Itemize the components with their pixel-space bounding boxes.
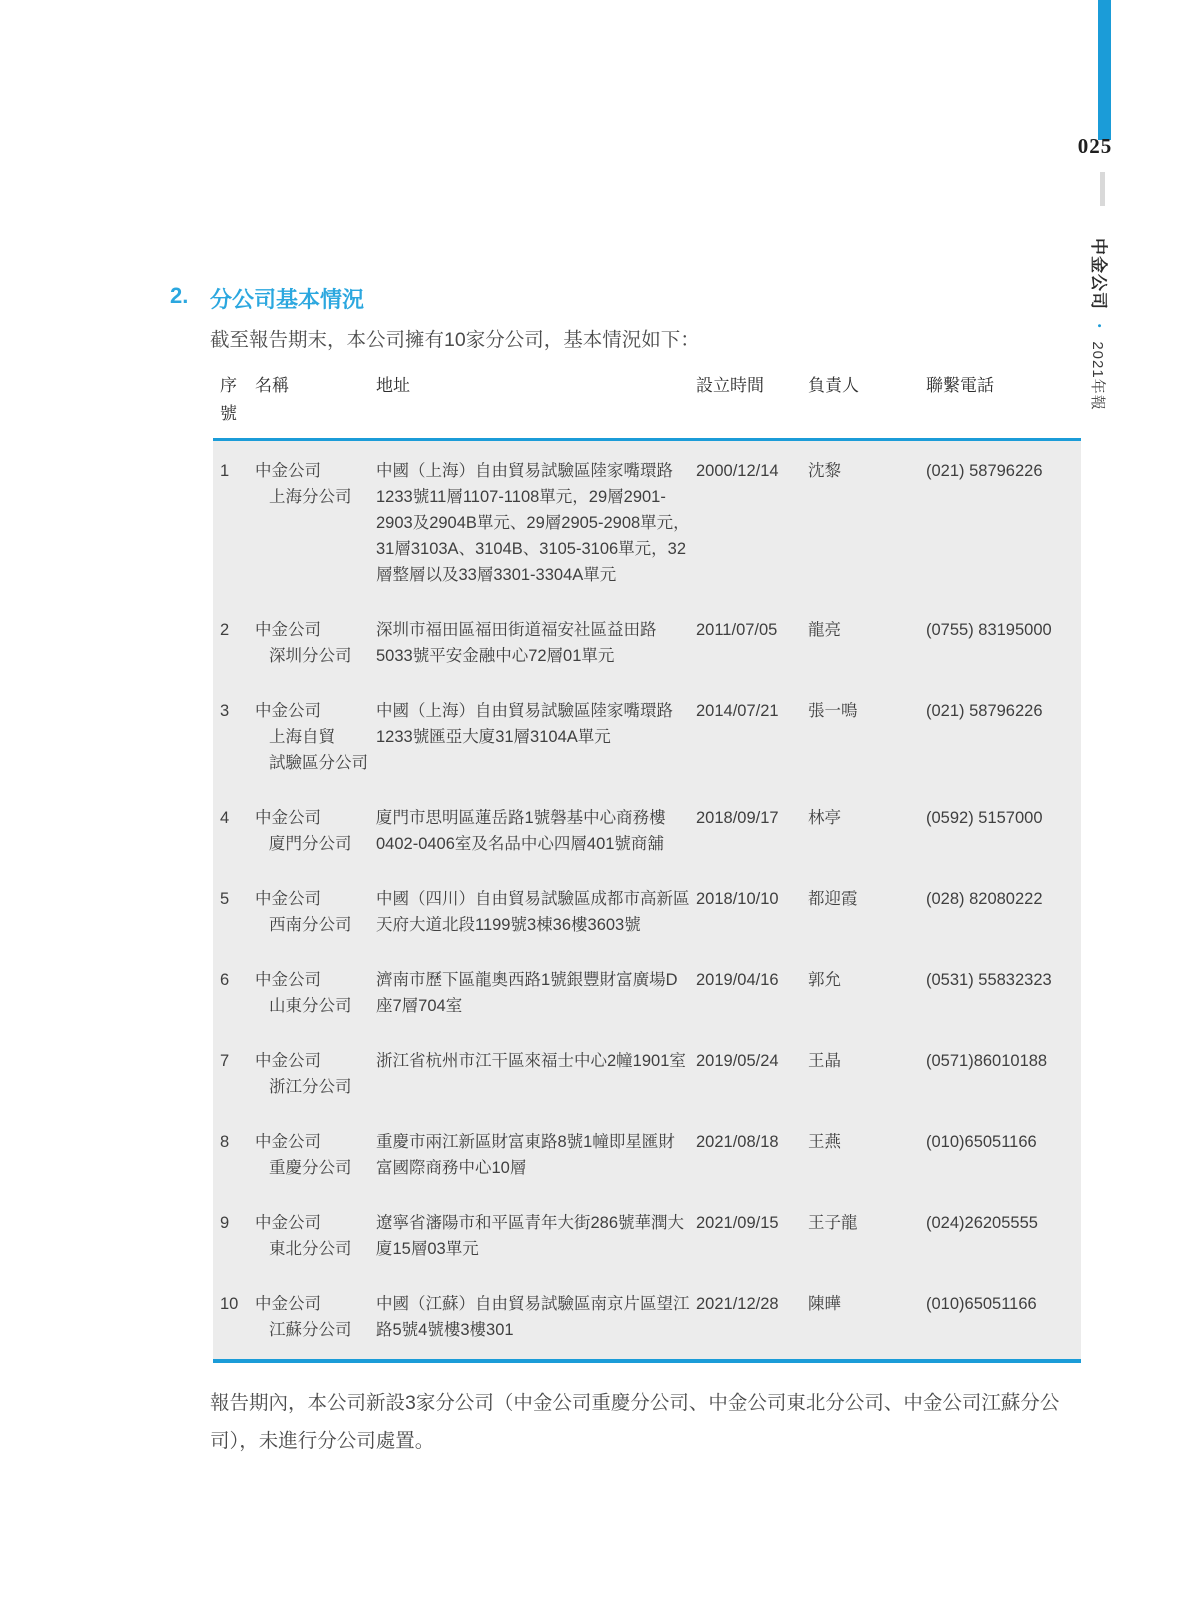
cell-contact-phone: (021) 58796226 bbox=[926, 458, 1081, 588]
cell-person-in-charge: 王子龍 bbox=[808, 1210, 926, 1262]
table-row: 9中金公司東北分公司遼寧省瀋陽市和平區青年大街286號華潤大廈15層03單元20… bbox=[213, 1210, 1081, 1262]
cell-person-in-charge: 郭允 bbox=[808, 967, 926, 1019]
cell-person-in-charge: 陳曄 bbox=[808, 1291, 926, 1343]
cell-branch-name: 中金公司西南分公司 bbox=[255, 886, 376, 938]
branch-name-line: 江蘇分公司 bbox=[255, 1317, 370, 1343]
table-row: 8中金公司重慶分公司重慶市兩江新區財富東路8號1幢即星匯財富國際商務中心10層2… bbox=[213, 1129, 1081, 1181]
cell-branch-name: 中金公司深圳分公司 bbox=[255, 617, 376, 669]
branch-name-line: 中金公司 bbox=[255, 967, 370, 993]
cell-row-number: 1 bbox=[213, 458, 255, 588]
cell-contact-phone: (010)65051166 bbox=[926, 1129, 1081, 1181]
cell-established-date: 2018/10/10 bbox=[696, 886, 808, 938]
table-row: 7中金公司浙江分公司浙江省杭州市江干區來福士中心2幢1901室2019/05/2… bbox=[213, 1048, 1081, 1100]
brand-bullet-icon: • bbox=[1093, 324, 1105, 328]
cell-person-in-charge: 龍亮 bbox=[808, 617, 926, 669]
cell-contact-phone: (0755) 83195000 bbox=[926, 617, 1081, 669]
cell-row-number: 3 bbox=[213, 698, 255, 776]
cell-contact-phone: (0592) 5157000 bbox=[926, 805, 1081, 857]
branch-name-line: 東北分公司 bbox=[255, 1236, 370, 1262]
branch-name-line: 中金公司 bbox=[255, 1291, 370, 1317]
cell-established-date: 2000/12/14 bbox=[696, 458, 808, 588]
cell-row-number: 10 bbox=[213, 1291, 255, 1343]
section-intro: 截至報告期末，本公司擁有10家分公司，基本情況如下： bbox=[210, 324, 700, 352]
cell-row-number: 9 bbox=[213, 1210, 255, 1262]
branch-name-line: 深圳分公司 bbox=[255, 643, 370, 669]
column-header-person: 負責人 bbox=[808, 372, 926, 428]
cell-person-in-charge: 林亭 bbox=[808, 805, 926, 857]
section-number: 2. bbox=[170, 283, 210, 314]
cell-established-date: 2021/09/15 bbox=[696, 1210, 808, 1262]
cell-branch-name: 中金公司重慶分公司 bbox=[255, 1129, 376, 1181]
table-row: 6中金公司山東分公司濟南市歷下區龍奧西路1號銀豐財富廣場D座7層704室2019… bbox=[213, 967, 1081, 1019]
column-header-address: 地址 bbox=[376, 372, 696, 428]
table-header-row: 序號名稱地址設立時間負責人聯繫電話 bbox=[213, 372, 1081, 441]
cell-branch-name: 中金公司上海自貿試驗區分公司 bbox=[255, 698, 376, 776]
cell-established-date: 2021/08/18 bbox=[696, 1129, 808, 1181]
cell-branch-address: 中國（上海）自由貿易試驗區陸家嘴環路1233號匯亞大廈31層3104A單元 bbox=[376, 698, 696, 776]
cell-contact-phone: (0571)86010188 bbox=[926, 1048, 1081, 1100]
branch-name-line: 中金公司 bbox=[255, 805, 370, 831]
page-number: 025 bbox=[1076, 134, 1114, 159]
cell-row-number: 7 bbox=[213, 1048, 255, 1100]
cell-branch-name: 中金公司東北分公司 bbox=[255, 1210, 376, 1262]
cell-branch-address: 濟南市歷下區龍奧西路1號銀豐財富廣場D座7層704室 bbox=[376, 967, 696, 1019]
table-row: 4中金公司廈門分公司廈門市思明區蓮岳路1號磐基中心商務樓0402-0406室及名… bbox=[213, 805, 1081, 857]
cell-contact-phone: (010)65051166 bbox=[926, 1291, 1081, 1343]
brand-company: 中金公司 bbox=[1089, 238, 1108, 310]
cell-established-date: 2011/07/05 bbox=[696, 617, 808, 669]
cell-branch-address: 廈門市思明區蓮岳路1號磐基中心商務樓0402-0406室及名品中心四層401號商… bbox=[376, 805, 696, 857]
cell-branch-name: 中金公司浙江分公司 bbox=[255, 1048, 376, 1100]
branch-name-line: 中金公司 bbox=[255, 1129, 370, 1155]
accent-bar bbox=[1098, 0, 1111, 140]
cell-branch-name: 中金公司江蘇分公司 bbox=[255, 1291, 376, 1343]
branch-name-line: 中金公司 bbox=[255, 1048, 370, 1074]
table-row: 10中金公司江蘇分公司中國（江蘇）自由貿易試驗區南京片區望江路5號4號樓3樓30… bbox=[213, 1291, 1081, 1343]
cell-row-number: 8 bbox=[213, 1129, 255, 1181]
cell-row-number: 5 bbox=[213, 886, 255, 938]
cell-contact-phone: (024)26205555 bbox=[926, 1210, 1081, 1262]
branch-name-line: 重慶分公司 bbox=[255, 1155, 370, 1181]
cell-branch-address: 深圳市福田區福田街道福安社區益田路5033號平安金融中心72層01單元 bbox=[376, 617, 696, 669]
branch-table: 序號名稱地址設立時間負責人聯繫電話 1中金公司上海分公司中國（上海）自由貿易試驗… bbox=[213, 372, 1081, 1363]
cell-branch-address: 浙江省杭州市江干區來福士中心2幢1901室 bbox=[376, 1048, 696, 1100]
cell-established-date: 2014/07/21 bbox=[696, 698, 808, 776]
cell-branch-name: 中金公司山東分公司 bbox=[255, 967, 376, 1019]
cell-person-in-charge: 沈黎 bbox=[808, 458, 926, 588]
section-heading: 2. 分公司基本情況 bbox=[170, 283, 364, 314]
cell-contact-phone: (028) 82080222 bbox=[926, 886, 1081, 938]
branch-name-line: 廈門分公司 bbox=[255, 831, 370, 857]
cell-row-number: 6 bbox=[213, 967, 255, 1019]
cell-branch-address: 中國（四川）自由貿易試驗區成都市高新區天府大道北段1199號3棟36樓3603號 bbox=[376, 886, 696, 938]
cell-branch-address: 中國（上海）自由貿易試驗區陸家嘴環路1233號11層1107-1108單元，29… bbox=[376, 458, 696, 588]
column-header-no: 序號 bbox=[213, 372, 255, 428]
cell-established-date: 2019/05/24 bbox=[696, 1048, 808, 1100]
vertical-brand: 中金公司 • 2021年報 bbox=[1088, 238, 1113, 411]
cell-branch-name: 中金公司上海分公司 bbox=[255, 458, 376, 588]
footer-note: 報告期內，本公司新設3家分公司（中金公司重慶分公司、中金公司東北分公司、中金公司… bbox=[210, 1384, 1070, 1460]
branch-name-line: 上海自貿 bbox=[255, 724, 370, 750]
cell-contact-phone: (021) 58796226 bbox=[926, 698, 1081, 776]
table-row: 5中金公司西南分公司中國（四川）自由貿易試驗區成都市高新區天府大道北段1199號… bbox=[213, 886, 1081, 938]
brand-edition: 2021年報 bbox=[1089, 341, 1106, 410]
table-row: 2中金公司深圳分公司深圳市福田區福田街道福安社區益田路5033號平安金融中心72… bbox=[213, 617, 1081, 669]
cell-row-number: 2 bbox=[213, 617, 255, 669]
branch-name-line: 中金公司 bbox=[255, 458, 370, 484]
branch-name-line: 西南分公司 bbox=[255, 912, 370, 938]
branch-name-line: 中金公司 bbox=[255, 698, 370, 724]
column-header-phone: 聯繫電話 bbox=[926, 372, 1081, 428]
branch-name-line: 中金公司 bbox=[255, 886, 370, 912]
table-row: 1中金公司上海分公司中國（上海）自由貿易試驗區陸家嘴環路1233號11層1107… bbox=[213, 458, 1081, 588]
cell-person-in-charge: 王燕 bbox=[808, 1129, 926, 1181]
cell-person-in-charge: 張一鳴 bbox=[808, 698, 926, 776]
column-header-established: 設立時間 bbox=[696, 372, 808, 428]
cell-established-date: 2019/04/16 bbox=[696, 967, 808, 1019]
branch-name-line: 上海分公司 bbox=[255, 484, 370, 510]
branch-name-line: 中金公司 bbox=[255, 617, 370, 643]
cell-person-in-charge: 都迎霞 bbox=[808, 886, 926, 938]
cell-branch-address: 重慶市兩江新區財富東路8號1幢即星匯財富國際商務中心10層 bbox=[376, 1129, 696, 1181]
page-number-divider bbox=[1100, 172, 1105, 206]
cell-branch-name: 中金公司廈門分公司 bbox=[255, 805, 376, 857]
cell-contact-phone: (0531) 55832323 bbox=[926, 967, 1081, 1019]
cell-row-number: 4 bbox=[213, 805, 255, 857]
section-title: 分公司基本情況 bbox=[210, 283, 364, 314]
table-row: 3中金公司上海自貿試驗區分公司中國（上海）自由貿易試驗區陸家嘴環路1233號匯亞… bbox=[213, 698, 1081, 776]
cell-person-in-charge: 王晶 bbox=[808, 1048, 926, 1100]
cell-established-date: 2021/12/28 bbox=[696, 1291, 808, 1343]
branch-name-line: 浙江分公司 bbox=[255, 1074, 370, 1100]
cell-branch-address: 中國（江蘇）自由貿易試驗區南京片區望江路5號4號樓3樓301 bbox=[376, 1291, 696, 1343]
branch-name-line: 試驗區分公司 bbox=[255, 750, 370, 776]
table-body: 1中金公司上海分公司中國（上海）自由貿易試驗區陸家嘴環路1233號11層1107… bbox=[213, 441, 1081, 1363]
branch-name-line: 中金公司 bbox=[255, 1210, 370, 1236]
cell-established-date: 2018/09/17 bbox=[696, 805, 808, 857]
branch-name-line: 山東分公司 bbox=[255, 993, 370, 1019]
cell-branch-address: 遼寧省瀋陽市和平區青年大街286號華潤大廈15層03單元 bbox=[376, 1210, 696, 1262]
column-header-name: 名稱 bbox=[255, 372, 376, 428]
